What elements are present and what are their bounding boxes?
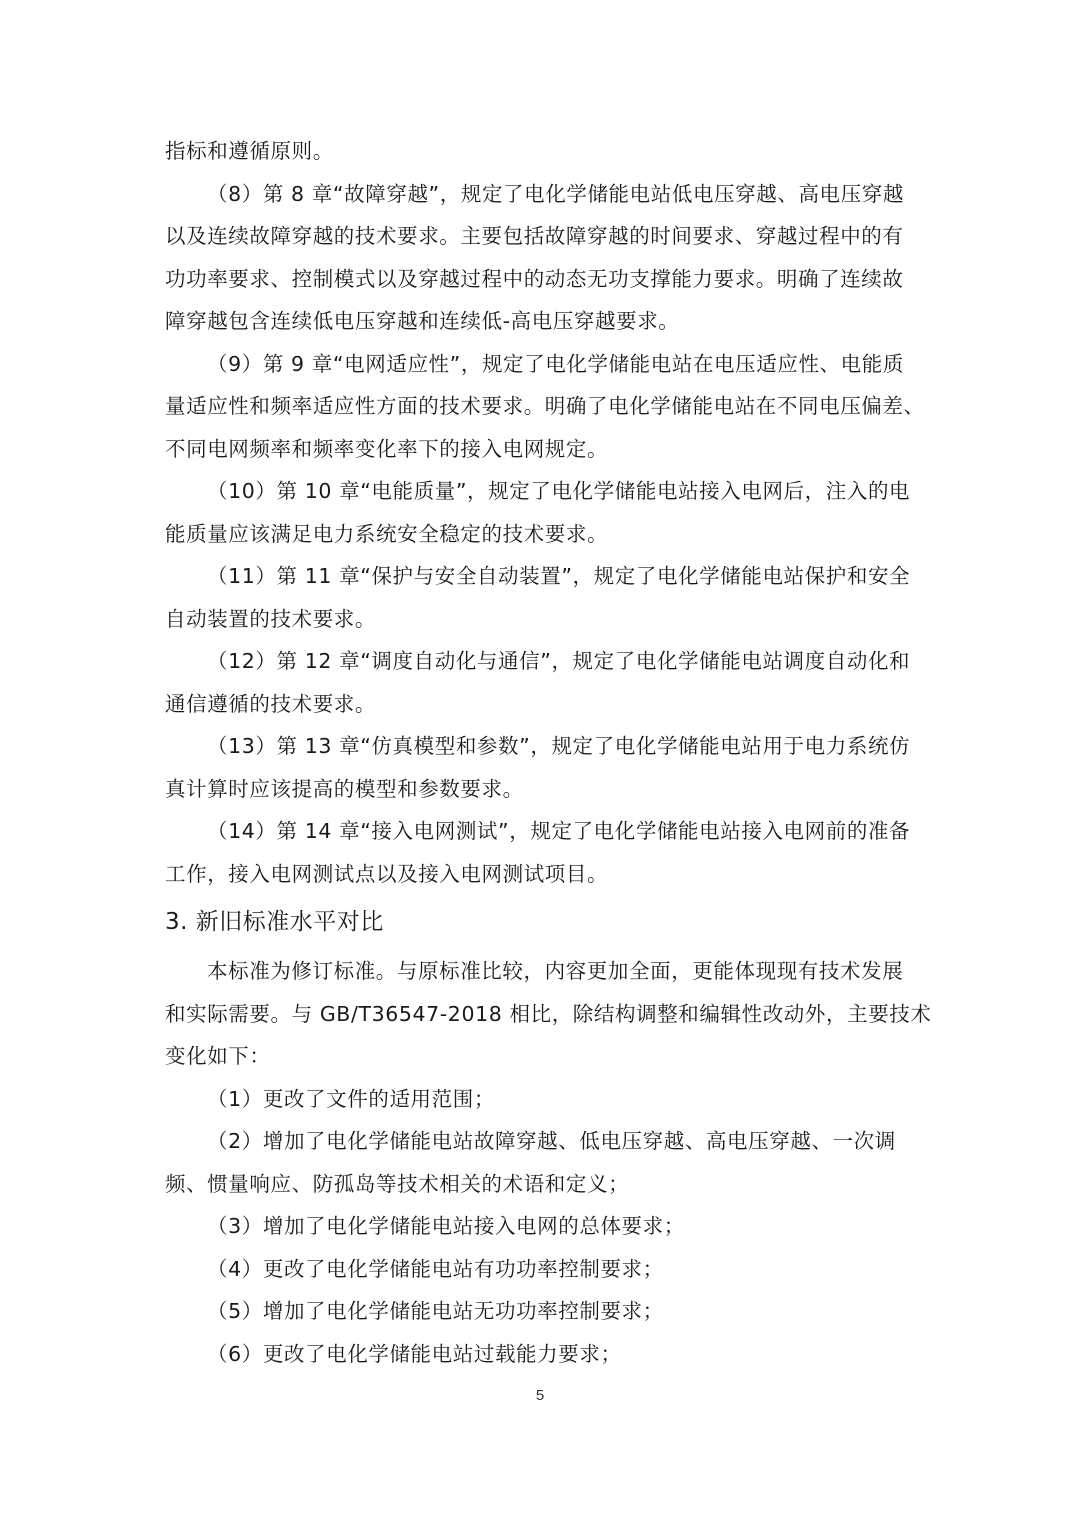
- paragraph-line: 功功率要求、控制模式以及穿越过程中的动态无功支撑能力要求。明确了连续故: [165, 265, 904, 293]
- list-item: （1）更改了文件的适用范围；: [207, 1085, 495, 1113]
- list-item: （6）更改了电化学储能电站过载能力要求；: [207, 1340, 622, 1368]
- paragraph-line: （9）第 9 章“电网适应性”，规定了电化学储能电站在电压适应性、电能质: [207, 350, 904, 378]
- list-item-continuation: 频、惯量响应、防孤岛等技术相关的术语和定义；: [165, 1170, 629, 1198]
- paragraph-line: （14）第 14 章“接入电网测试”，规定了电化学储能电站接入电网前的准备: [207, 817, 910, 845]
- paragraph-line: （12）第 12 章“调度自动化与通信”，规定了电化学储能电站调度自动化和: [207, 647, 910, 675]
- list-item: （3）增加了电化学储能电站接入电网的总体要求；: [207, 1212, 685, 1240]
- paragraph-line: 障穿越包含连续低电压穿越和连续低-高电压穿越要求。: [165, 307, 679, 335]
- document-page: 指标和遵循原则。 （8）第 8 章“故障穿越”，规定了电化学储能电站低电压穿越、…: [0, 0, 1080, 1527]
- paragraph-line: 以及连续故障穿越的技术要求。主要包括故障穿越的时间要求、穿越过程中的有: [165, 222, 904, 250]
- section-heading: 3. 新旧标准水平对比: [165, 907, 384, 937]
- paragraph-line: （11）第 11 章“保护与安全自动装置”，规定了电化学储能电站保护和安全: [207, 562, 910, 590]
- paragraph-line: 量适应性和频率适应性方面的技术要求。明确了电化学储能电站在不同电压偏差、: [165, 392, 925, 420]
- paragraph-line: 不同电网频率和频率变化率下的接入电网规定。: [165, 435, 608, 463]
- paragraph-line: （10）第 10 章“电能质量”，规定了电化学储能电站接入电网后，注入的电: [207, 477, 910, 505]
- paragraph-line: 能质量应该满足电力系统安全稳定的技术要求。: [165, 520, 608, 548]
- paragraph-line: （13）第 13 章“仿真模型和参数”，规定了电化学储能电站用于电力系统仿: [207, 732, 910, 760]
- list-item: （5）增加了电化学储能电站无功功率控制要求；: [207, 1297, 664, 1325]
- list-item: （4）更改了电化学储能电站有功功率控制要求；: [207, 1255, 664, 1283]
- paragraph-line: 通信遵循的技术要求。: [165, 690, 376, 718]
- page-number: 5: [0, 1386, 1080, 1406]
- paragraph-line: （8）第 8 章“故障穿越”，规定了电化学储能电站低电压穿越、高电压穿越: [207, 180, 904, 208]
- list-item: （2）增加了电化学储能电站故障穿越、低电压穿越、高电压穿越、一次调: [207, 1127, 896, 1155]
- paragraph-line: 本标准为修订标准。与原标准比较，内容更加全面，更能体现现有技术发展: [207, 957, 903, 985]
- paragraph-line: 真计算时应该提高的模型和参数要求。: [165, 775, 524, 803]
- paragraph-line: 指标和遵循原则。: [165, 137, 334, 165]
- paragraph-line: 和实际需要。与 GB/T36547-2018 相比，除结构调整和编辑性改动外，主…: [165, 1000, 932, 1028]
- paragraph-line: 变化如下：: [165, 1042, 271, 1070]
- paragraph-line: 自动装置的技术要求。: [165, 605, 376, 633]
- paragraph-line: 工作，接入电网测试点以及接入电网测试项目。: [165, 860, 608, 888]
